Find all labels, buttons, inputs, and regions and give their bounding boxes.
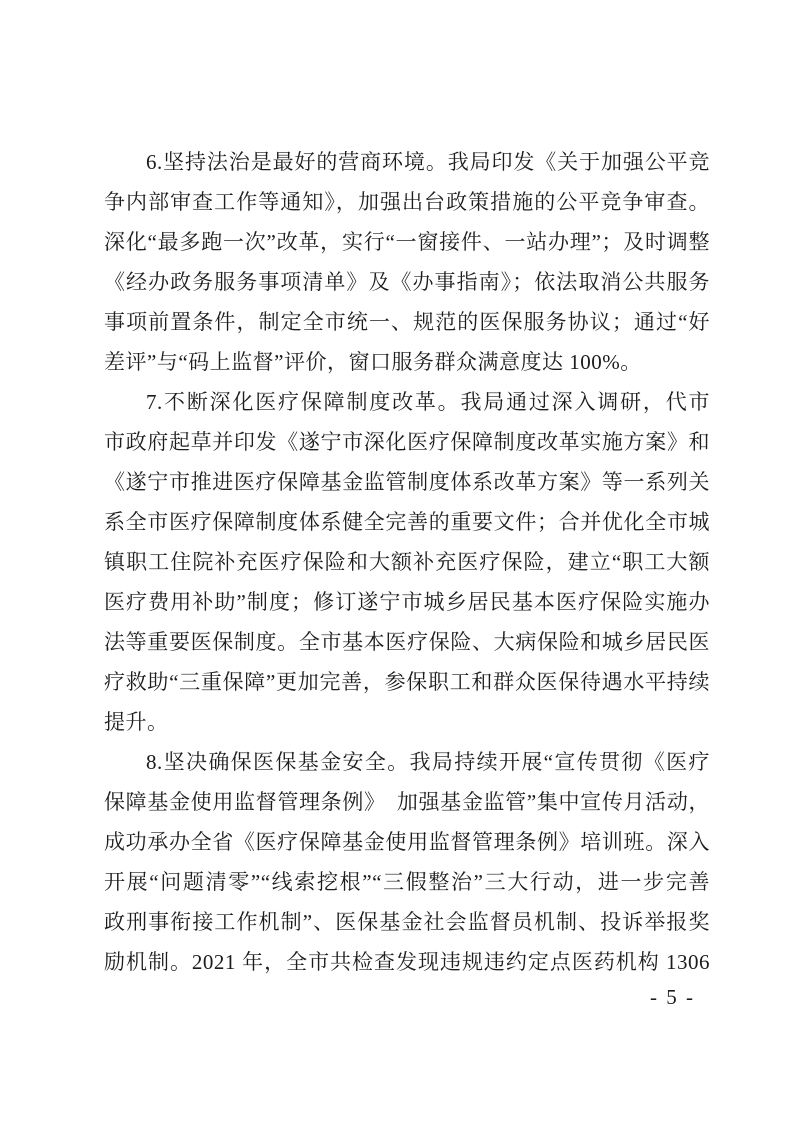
text-line: 政刑事衔接工作机制”、医保基金社会监督员机制、投诉举报奖 <box>104 902 710 942</box>
page-number: - 5 - <box>650 983 695 1011</box>
text-line: 励机制。2021 年，全市共检查发现违规违约定点医药机构 1306 <box>104 942 710 982</box>
text-line: 《经办政务服务事项清单》及《办事指南》；依法取消公共服务 <box>104 262 710 302</box>
paragraph-item-7: 7.不断深化医疗保障制度改革。我局通过深入调研，代市委、 市政府起草并印发《遂宁… <box>104 382 710 742</box>
text-line: 医疗费用补助”制度；修订遂宁市城乡居民基本医疗保险实施办 <box>104 582 710 622</box>
text-line: 疗救助“三重保障”更加完善，参保职工和群众医保待遇水平持续 <box>104 662 710 702</box>
text-line: 市政府起草并印发《遂宁市深化医疗保障制度改革实施方案》和 <box>104 422 710 462</box>
text-line: 成功承办全省《医疗保障基金使用监督管理条例》培训班。深入 <box>104 822 710 862</box>
text-line: 差评”与“码上监督”评价，窗口服务群众满意度达 100%。 <box>104 342 710 382</box>
text-line: 提升。 <box>104 702 710 742</box>
text-line: 争内部审查工作等通知》，加强出台政策措施的公平竞争审查。 <box>104 182 710 222</box>
text-line: 深化“最多跑一次”改革，实行“一窗接件、一站办理”；及时调整 <box>104 222 710 262</box>
document-body: 6.坚持法治是最好的营商环境。我局印发《关于加强公平竞 争内部审查工作等通知》，… <box>104 142 710 982</box>
text-line: 8.坚决确保医保基金安全。我局持续开展“宣传贯彻《医疗 <box>104 742 710 782</box>
text-line: 事项前置条件，制定全市统一、规范的医保服务协议；通过“好 <box>104 302 710 342</box>
text-line: 镇职工住院补充医疗保险和大额补充医疗保险，建立“职工大额 <box>104 542 710 582</box>
paragraph-item-8: 8.坚决确保医保基金安全。我局持续开展“宣传贯彻《医疗 保障基金使用监督管理条例… <box>104 742 710 982</box>
text-line: 7.不断深化医疗保障制度改革。我局通过深入调研，代市委、 <box>104 382 710 422</box>
document-page: 6.坚持法治是最好的营商环境。我局印发《关于加强公平竞 争内部审查工作等通知》，… <box>0 0 793 1122</box>
text-line: 法等重要医保制度。全市基本医疗保险、大病保险和城乡居民医 <box>104 622 710 662</box>
paragraph-item-6: 6.坚持法治是最好的营商环境。我局印发《关于加强公平竞 争内部审查工作等通知》，… <box>104 142 710 382</box>
text-line: 系全市医疗保障制度体系健全完善的重要文件；合并优化全市城 <box>104 502 710 542</box>
text-line: 保障基金使用监督管理条例》 加强基金监管”集中宣传月活动， <box>104 782 710 822</box>
text-line: 6.坚持法治是最好的营商环境。我局印发《关于加强公平竞 <box>104 142 710 182</box>
text-line: 开展“问题清零”“线索挖根”“三假整治”三大行动，进一步完善“行 <box>104 862 710 902</box>
text-line: 《遂宁市推进医疗保障基金监管制度体系改革方案》等一系列关 <box>104 462 710 502</box>
